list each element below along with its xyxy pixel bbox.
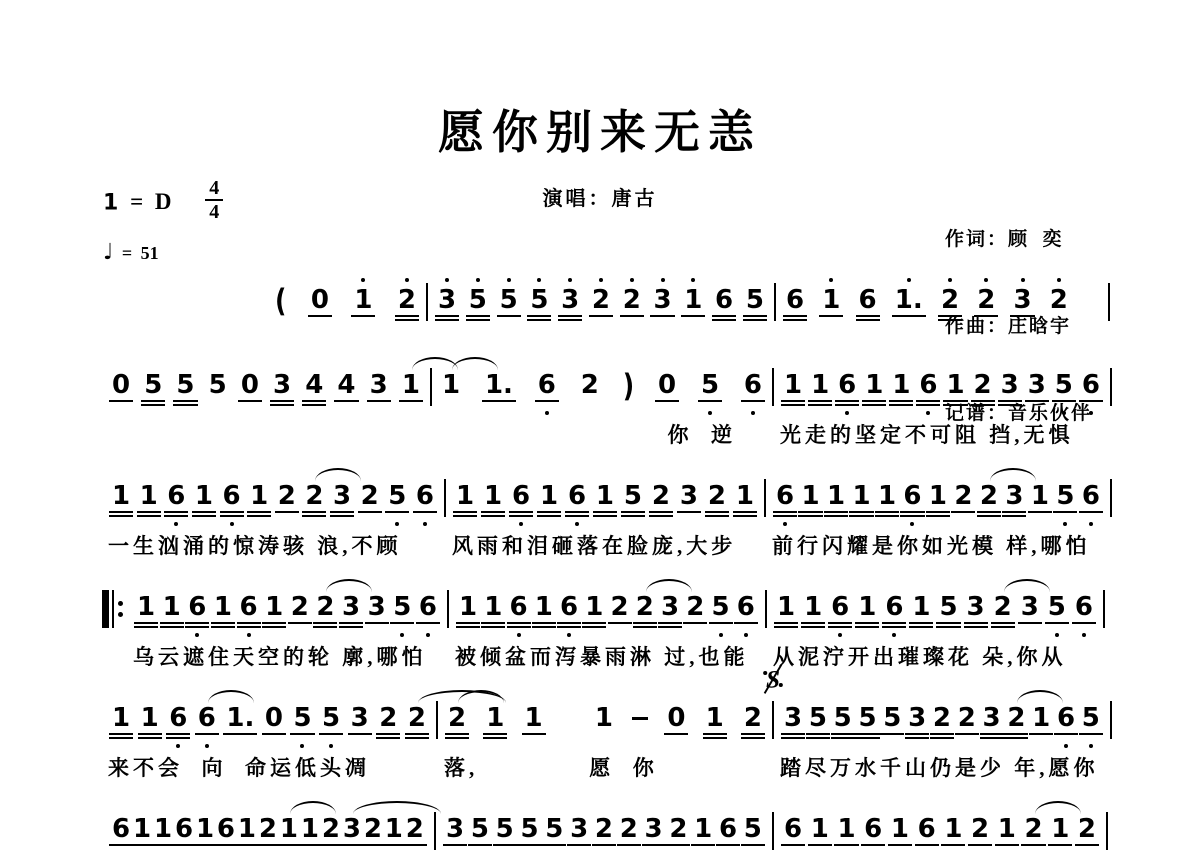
underline (733, 511, 757, 513)
note-number: 4 (336, 371, 356, 399)
note: 5 (529, 286, 549, 316)
note: 1 (943, 815, 963, 845)
underline (1053, 511, 1077, 513)
note-number: 1 (249, 482, 269, 510)
note-number: 5 (623, 482, 643, 510)
note-number: 2 (953, 482, 973, 510)
underline (798, 515, 822, 517)
barline (1103, 590, 1105, 628)
duration-underlines (783, 315, 807, 323)
note-number: 2 (610, 593, 630, 621)
duration-underlines (517, 844, 541, 848)
note-number: 1. (484, 371, 514, 399)
note: 6 (418, 593, 438, 623)
octave-down-dot (845, 411, 849, 415)
note: 2 (993, 593, 1013, 623)
note: 6 (559, 593, 579, 623)
underline (642, 844, 666, 846)
underline (998, 404, 1022, 406)
note: 5 (208, 371, 228, 401)
underline (109, 400, 133, 402)
note-number: 1 (821, 286, 841, 314)
note-number: 6 (918, 371, 938, 399)
note: 5 (833, 704, 853, 734)
note-number: 3 (1012, 286, 1032, 314)
barline (1110, 479, 1112, 517)
measure: 611616121212 (774, 815, 1106, 850)
note: 5 (938, 593, 958, 623)
note-number: 2 (707, 482, 727, 510)
note: 1 (1030, 482, 1050, 512)
note: 2 (290, 593, 310, 623)
note: 1 (803, 593, 823, 623)
note: 2 (932, 704, 952, 734)
underline (367, 400, 391, 402)
underline (1028, 511, 1052, 513)
duration-underlines (655, 400, 679, 404)
note-number: 2 (580, 371, 600, 399)
note: 5 (387, 482, 407, 512)
underline (734, 622, 758, 624)
note-number: 1 (455, 482, 475, 510)
duration-underlines (558, 315, 582, 323)
underline (141, 400, 165, 402)
note-number: 1 (890, 815, 910, 843)
measure: 11.62)056你 逆 (432, 371, 772, 413)
underline (824, 511, 848, 513)
note: 5 (175, 371, 195, 401)
note-number: 2 (970, 815, 990, 843)
duration-underlines (664, 733, 688, 737)
duration-underlines (892, 315, 926, 319)
duration-underlines (535, 400, 559, 404)
underline (855, 737, 879, 739)
underline (677, 511, 701, 513)
duration-underlines (650, 315, 674, 319)
underline (558, 315, 582, 317)
underline (302, 511, 326, 513)
underline (834, 844, 858, 846)
underline (582, 622, 606, 624)
note: 1 (458, 593, 478, 623)
note: 3 (644, 815, 664, 845)
note-number: 3 (350, 704, 370, 732)
duration-underlines (828, 622, 852, 630)
note: 1 (194, 482, 214, 512)
underline (930, 733, 954, 735)
duration-underlines (483, 733, 507, 741)
note-number: 6 (917, 815, 937, 843)
note-number: 0 (657, 371, 677, 399)
underline (977, 511, 1001, 513)
note-number: 3 (644, 815, 664, 843)
underline (237, 626, 261, 628)
note-number: 6 (559, 593, 579, 621)
note-number: 2 (321, 815, 341, 843)
note-number: 2 (743, 704, 763, 732)
score-line: 055503443111.62)056你 逆116116123356光走的坚定不… (102, 371, 1112, 413)
underline (703, 737, 727, 739)
lyrics: 来不会 向 命运低头凋 (108, 752, 434, 782)
note: 2 (405, 815, 425, 845)
underline (774, 626, 798, 628)
note: 3 (272, 371, 292, 401)
underline (1004, 733, 1028, 735)
duration-underlines (824, 511, 848, 519)
duration-underlines (819, 315, 843, 319)
note-number: 6 (743, 371, 763, 399)
octave-down-dot (751, 411, 755, 415)
underline (330, 511, 354, 513)
underline (617, 844, 641, 846)
note: 6 (736, 593, 756, 623)
note: 6 (785, 286, 805, 316)
note: 1 (483, 482, 503, 512)
underline (955, 733, 979, 735)
underline (537, 515, 561, 517)
duration-underlines (537, 511, 561, 519)
underline (141, 404, 165, 406)
note: 1 (584, 593, 604, 623)
octave-up-dot (948, 278, 952, 282)
underline (1079, 733, 1103, 735)
duration-underlines (916, 400, 940, 408)
underline (743, 315, 767, 317)
note: 2 (447, 704, 467, 734)
note: 1 (810, 371, 830, 401)
note: 2 (970, 815, 990, 845)
note: 2 (651, 482, 671, 512)
duration-underlines (938, 315, 962, 323)
note: 2 (610, 593, 630, 623)
duration-underlines (522, 733, 546, 737)
octave-down-dot (910, 522, 914, 526)
note: 1 (132, 815, 152, 845)
underline (1054, 733, 1078, 735)
tempo-marking: ♩ = 51 (103, 240, 159, 265)
underline (405, 737, 429, 739)
measure: 11616152321风雨和泪砸落在脸庞,大步 (446, 482, 764, 524)
underline (1002, 511, 1026, 513)
note: 3 (437, 286, 457, 316)
note-number: 3 (1020, 593, 1040, 621)
note-number: 1 (213, 593, 233, 621)
note: 1 (483, 593, 503, 623)
underline (302, 515, 326, 517)
octave-up-dot (445, 278, 449, 282)
note-number: 2 (940, 286, 960, 314)
repeat-dot (118, 601, 123, 606)
underline (565, 511, 589, 513)
underline (808, 844, 832, 846)
duration-underlines (930, 733, 954, 741)
note-number: 5 (175, 371, 195, 399)
note: 6 (858, 286, 878, 316)
note: 6 (216, 815, 236, 845)
underline (968, 844, 992, 846)
note-number: 6 (168, 704, 188, 732)
duration-underlines (405, 733, 429, 741)
note: 1 (735, 482, 755, 512)
octave-down-dot (329, 744, 333, 748)
note-number: 6 (216, 815, 236, 843)
note-number: 2 (258, 815, 278, 843)
underline (164, 511, 188, 513)
underline (938, 319, 962, 321)
scale-degree: 1 (103, 190, 118, 215)
note: 1 (891, 371, 911, 401)
octave-up-dot (829, 278, 833, 282)
note: 1 (821, 286, 841, 316)
note: 3 (652, 286, 672, 316)
duration-underlines (955, 733, 979, 737)
note-number: 1 (264, 593, 284, 621)
underline (542, 844, 566, 846)
duration-underlines (134, 622, 158, 630)
note-number: 2 (993, 593, 1013, 621)
duration-underlines (358, 511, 382, 515)
octave-down-dot (783, 522, 787, 526)
underline (1052, 400, 1076, 402)
duration-underlines (1054, 733, 1078, 737)
note-number: 2 (932, 704, 952, 732)
note: 4 (304, 371, 324, 401)
duration-underlines (991, 622, 1015, 630)
note: 1 (111, 704, 131, 734)
duration-underlines (831, 733, 855, 741)
octave-up-dot (1057, 278, 1061, 282)
note-number: 5 (938, 593, 958, 621)
octave-up-dot (691, 278, 695, 282)
duration-underlines (905, 733, 929, 741)
measure: 6161.2232 (776, 286, 1108, 328)
note-number: 3 (966, 593, 986, 621)
note: 6 (166, 482, 186, 512)
duration-underlines (435, 315, 459, 323)
note-number: 1 (826, 482, 846, 510)
underline (938, 315, 962, 317)
underline (403, 844, 427, 846)
octave-down-dot (1063, 522, 1067, 526)
underline (160, 622, 184, 624)
note-number: 6 (187, 593, 207, 621)
duration-underlines (915, 844, 939, 848)
note-number: 1 (401, 371, 421, 399)
note: 5 (1047, 593, 1067, 623)
note: 5 (495, 815, 515, 845)
note-number: 6 (837, 371, 857, 399)
underline (1048, 844, 1072, 846)
underline (1079, 400, 1103, 402)
note-number: 5 (321, 704, 341, 732)
underline (808, 400, 832, 402)
note-number: 2 (363, 815, 383, 843)
note: 1 (857, 593, 877, 623)
underline (681, 315, 705, 317)
underline (855, 622, 879, 624)
note-number: 6 (884, 593, 904, 621)
underline (743, 319, 767, 321)
note: 5 (743, 815, 763, 845)
underline (109, 733, 133, 735)
duration-underlines (137, 511, 161, 519)
underline (936, 622, 960, 624)
duration-underlines (806, 733, 830, 741)
note: 1 (928, 482, 948, 512)
note-number: 1 (1050, 815, 1070, 843)
duration-underlines (781, 400, 805, 408)
underline (926, 511, 950, 513)
measure: 35553223165 (428, 286, 774, 328)
underline (849, 511, 873, 513)
song-title: 愿你别来无恙 (0, 96, 1200, 162)
duration-underlines (416, 622, 440, 626)
underline (741, 844, 765, 846)
note-number: 3 (569, 815, 589, 843)
note: 1 (683, 286, 703, 316)
underline (783, 319, 807, 321)
note-number: 1 (595, 482, 615, 510)
score-line: (012355532231656161.2232 (266, 286, 1110, 328)
note-number: 1 (111, 482, 131, 510)
note-number: 1 (810, 815, 830, 843)
underline (905, 737, 929, 739)
duration-underlines (367, 400, 391, 404)
note-number: 2 (976, 286, 996, 314)
note-number: 1 (928, 482, 948, 510)
time-denominator: 4 (209, 202, 219, 222)
underline (138, 737, 162, 739)
note-number: 6 (509, 593, 529, 621)
underline (620, 315, 644, 317)
note: 6 (783, 815, 803, 845)
underline (376, 737, 400, 739)
octave-down-dot (838, 633, 842, 637)
note: 1. (894, 286, 924, 316)
note-number: 1 (384, 815, 404, 843)
duration-underlines (781, 733, 805, 741)
underline (941, 844, 965, 846)
duration-underlines (1079, 511, 1103, 515)
note-number: 6 (111, 815, 131, 843)
note-number: 2 (447, 704, 467, 732)
note: 2 (979, 482, 999, 512)
underline (238, 400, 262, 402)
underline (453, 515, 477, 517)
duration-underlines (617, 844, 641, 848)
underline (633, 626, 657, 628)
note: 3 (660, 593, 680, 623)
octave-down-dot (1089, 744, 1093, 748)
underline (247, 511, 271, 513)
underline (798, 511, 822, 513)
underline (558, 319, 582, 321)
octave-down-dot (575, 522, 579, 526)
underline (358, 511, 382, 513)
duration-underlines (773, 511, 797, 519)
octave-down-dot (1089, 411, 1093, 415)
underline (453, 511, 477, 513)
duration-underlines (712, 315, 736, 323)
underline (435, 319, 459, 321)
duration-underlines (875, 511, 899, 519)
duration-underlines (466, 315, 490, 323)
octave-down-dot (300, 744, 304, 748)
note: 1 (264, 593, 284, 623)
note-number: 2 (290, 593, 310, 621)
underline (828, 626, 852, 628)
note-number: 3 (369, 371, 389, 399)
note: 3 (332, 482, 352, 512)
underline (909, 622, 933, 624)
note: 1 (153, 815, 173, 845)
underline (649, 511, 673, 513)
measure: 2111012落, 愿 你 (438, 704, 772, 746)
note: 2 (953, 482, 973, 512)
note-number: 5 (1054, 371, 1074, 399)
underline (557, 626, 581, 628)
duration-underlines (677, 511, 701, 515)
duration-underlines (1029, 733, 1053, 737)
note: 6 (1056, 704, 1076, 734)
duration-underlines (926, 511, 950, 519)
underline (137, 511, 161, 513)
note: 2 (363, 815, 383, 845)
underline (195, 733, 219, 735)
underline (517, 844, 541, 846)
note: 1 (810, 815, 830, 845)
underline (905, 733, 929, 735)
note-number: 5 (882, 704, 902, 732)
octave-down-dot (195, 633, 199, 637)
duration-underlines (445, 733, 469, 741)
duration-underlines (334, 400, 358, 404)
octave-down-dot (423, 522, 427, 526)
underline (589, 315, 613, 317)
duration-underlines (705, 511, 729, 519)
underline (824, 515, 848, 517)
underline (1072, 622, 1096, 624)
measure: 116116123356光走的坚定不可阻 挡,无惧 (774, 371, 1110, 413)
underline (192, 511, 216, 513)
barline (1110, 368, 1112, 406)
measure: 611616121123212 (102, 815, 434, 850)
duration-underlines (941, 844, 965, 848)
underline (592, 844, 616, 846)
slur-arc (452, 357, 498, 370)
octave-up-dot (599, 278, 603, 282)
note: 1. (225, 704, 255, 734)
duration-underlines (1021, 844, 1045, 848)
note-number: 5 (711, 593, 731, 621)
underline (275, 511, 299, 513)
duration-underlines (247, 511, 271, 519)
note-number: 6 (783, 815, 803, 843)
note-number: 2 (1077, 815, 1097, 843)
octave-down-dot (926, 411, 930, 415)
duration-underlines (741, 400, 765, 404)
duration-underlines (262, 622, 286, 630)
note: 1 (455, 482, 475, 512)
duration-underlines (109, 511, 133, 519)
note: 6 (714, 286, 734, 316)
duration-underlines (468, 844, 492, 848)
note-number: 4 (304, 371, 324, 399)
octave-up-dot (537, 278, 541, 282)
note: 6 (775, 482, 795, 512)
duration-underlines (1004, 733, 1028, 741)
underline (658, 622, 682, 624)
